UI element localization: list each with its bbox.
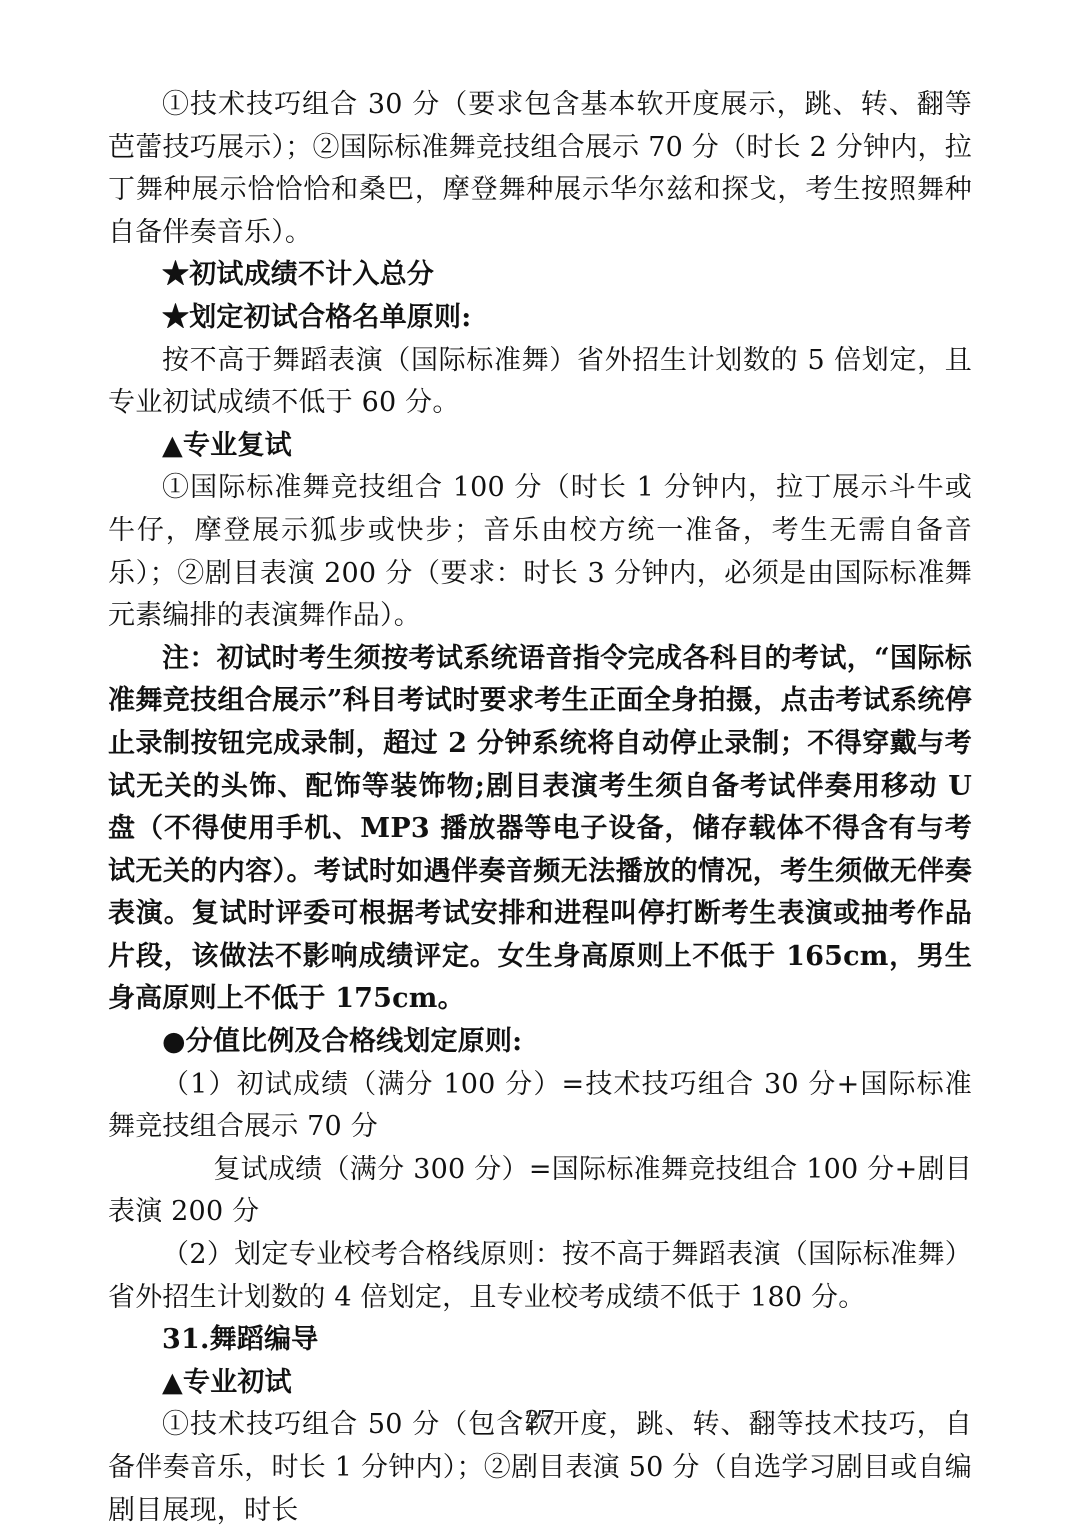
paragraph-retest-subjects: ①国际标准舞竞技组合 100 分（时长 1 分钟内，拉丁展示斗牛或牛仔，摩登展示…	[108, 467, 972, 637]
heading-preliminary-score-not-counted: ★初试成绩不计入总分	[108, 254, 972, 297]
heading-professional-retest: ▲专业复试	[108, 425, 972, 468]
heading-major-31-dance-choreography: 31.舞蹈编导	[108, 1319, 972, 1362]
paragraph-preliminary-subjects: ①技术技巧组合 30 分（要求包含基本软开度展示，跳、转、翻等芭蕾技巧展示）；②…	[108, 84, 972, 254]
page-number: 27	[0, 1406, 1080, 1434]
paragraph-formula-preliminary: （1）初试成绩（满分 100 分）=技术技巧组合 30 分+国际标准舞竞技组合展…	[108, 1064, 972, 1149]
document-content: ①技术技巧组合 30 分（要求包含基本软开度展示，跳、转、翻等芭蕾技巧展示）；②…	[108, 84, 972, 1528]
paragraph-passline-rule: （2）划定专业校考合格线原则：按不高于舞蹈表演（国际标准舞）省外招生计划数的 4…	[108, 1234, 972, 1319]
paragraph-preliminary-passlist-detail: 按不高于舞蹈表演（国际标准舞）省外招生计划数的 5 倍划定，且专业初试成绩不低于…	[108, 340, 972, 425]
paragraph-formula-retest: 复试成绩（满分 300 分）=国际标准舞竞技组合 100 分+剧目表演 200 …	[108, 1149, 972, 1234]
heading-score-ratio-rule: ●分值比例及合格线划定原则:	[108, 1021, 972, 1064]
document-page: ①技术技巧组合 30 分（要求包含基本软开度展示，跳、转、翻等芭蕾技巧展示）；②…	[0, 0, 1080, 1528]
heading-preliminary-test: ▲专业初试	[108, 1362, 972, 1405]
paragraph-exam-note: 注：初试时考生须按考试系统语音指令完成各科目的考试，“国际标准舞竞技组合展示”科…	[108, 638, 972, 1021]
heading-preliminary-passlist-rule: ★划定初试合格名单原则:	[108, 297, 972, 340]
